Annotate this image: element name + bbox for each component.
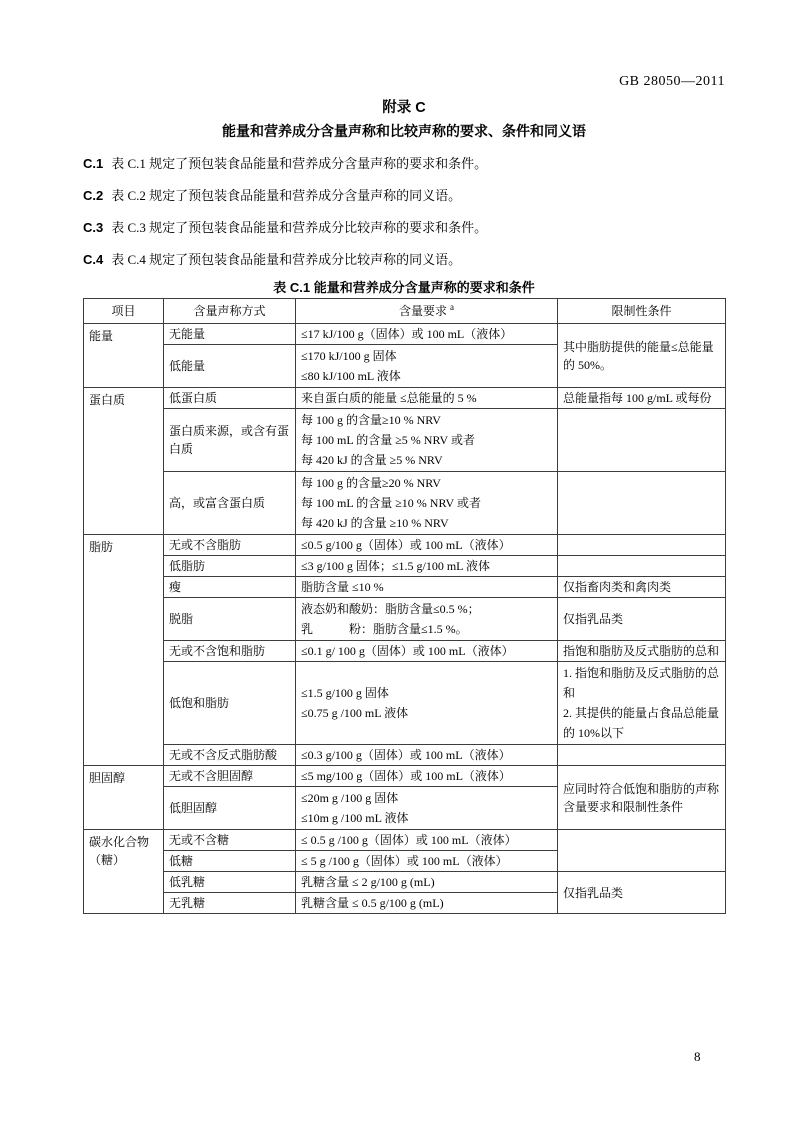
table-cell: 无或不含糖 <box>164 830 296 851</box>
table-cell: ≤1.5 g/100 g 固体≤0.75 g /100 mL 液体 <box>296 662 558 745</box>
cell-line: ≤80 kJ/100 mL 液体 <box>301 366 552 386</box>
table-cell: 总能量指每 100 g/mL 或每份 <box>558 388 726 409</box>
table-cell: 低脂肪 <box>164 556 296 577</box>
cell-line: ≤170 kJ/100 g 固体 <box>301 346 552 366</box>
table-cell: 低乳糖 <box>164 872 296 893</box>
table-cell: 低蛋白质 <box>164 388 296 409</box>
cell-line: 每 420 kJ 的含量 ≥5 % NRV <box>301 450 552 470</box>
document-page: GB 28050—2011 附录 C 能量和营养成分含量声称和比较声称的要求、条… <box>0 0 794 1123</box>
table-cell: 1. 指饱和脂肪及反式脂肪的总和2. 其提供的能量占食品总能量的 10%以下 <box>558 662 726 745</box>
table-cell: 乳糖含量 ≤ 2 g/100 g (mL) <box>296 872 558 893</box>
paragraph-c1: C.1表 C.1 规定了预包装食品能量和营养成分含量声称的要求和条件。 <box>83 155 725 172</box>
table-cell: 无或不含胆固醇 <box>164 766 296 787</box>
paragraph-c4: C.4表 C.4 规定了预包装食品能量和营养成分比较声称的同义语。 <box>83 251 725 268</box>
table-cell: ≤0.3 g/100 g（固体）或 100 mL（液体） <box>296 745 558 766</box>
table-cell: 能量 <box>84 324 164 388</box>
table-row: 脱脂液态奶和酸奶：脂肪含量≤0.5 %；乳 粉：脂肪含量≤1.5 %。仅指乳品类 <box>84 598 726 641</box>
cell-line: 2. 其提供的能量占食品总能量的 10%以下 <box>563 703 720 743</box>
table-row: 无或不含饱和脂肪≤0.1 g/ 100 g（固体）或 100 mL（液体）指饱和… <box>84 641 726 662</box>
paragraph-text: 表 C.2 规定了预包装食品能量和营养成分含量声称的同义语。 <box>111 188 461 203</box>
paragraph-text: 表 C.3 规定了预包装食品能量和营养成分比较声称的要求和条件。 <box>111 220 487 235</box>
standard-number: GB 28050—2011 <box>83 74 725 90</box>
header-content-requirement-label: 含量要求 <box>399 304 447 318</box>
table-row: 蛋白质来源，或含有蛋白质每 100 g 的含量≥10 % NRV每 100 mL… <box>84 409 726 472</box>
header-claim-type: 含量声称方式 <box>164 299 296 324</box>
table-cell: 脂肪含量 ≤10 % <box>296 577 558 598</box>
table-cell: 低胆固醇 <box>164 787 296 830</box>
cell-line: 每 100 g 的含量≥10 % NRV <box>301 410 552 430</box>
table-cell: 胆固醇 <box>84 766 164 830</box>
table-cell <box>558 472 726 535</box>
table-title: 表 C.1 能量和营养成分含量声称的要求和条件 <box>83 280 725 295</box>
table-cell: 脂肪 <box>84 535 164 766</box>
table-cell: ≤ 5 g /100 g（固体）或 100 mL（液体） <box>296 851 558 872</box>
table-cell: 仅指乳品类 <box>558 872 726 914</box>
table-cell: ≤170 kJ/100 g 固体≤80 kJ/100 mL 液体 <box>296 345 558 388</box>
cell-line: 乳 粉：脂肪含量≤1.5 %。 <box>301 619 552 639</box>
appendix-label: 附录 C <box>83 100 725 117</box>
table-header-row: 项目 含量声称方式 含量要求 a 限制性条件 <box>84 299 726 324</box>
table-cell: ≤3 g/100 g 固体；≤1.5 g/100 mL 液体 <box>296 556 558 577</box>
table-cell: 应同时符合低饱和脂肪的声称含量要求和限制性条件 <box>558 766 726 830</box>
table-head: 项目 含量声称方式 含量要求 a 限制性条件 <box>84 299 726 324</box>
cell-line: 每 100 mL 的含量 ≥5 % NRV 或者 <box>301 430 552 450</box>
cell-line: ≤1.5 g/100 g 固体 <box>301 683 552 703</box>
table-row: 高，或富含蛋白质每 100 g 的含量≥20 % NRV每 100 mL 的含量… <box>84 472 726 535</box>
table-row: 碳水化合物（糖）无或不含糖≤ 0.5 g /100 g（固体）或 100 mL（… <box>84 830 726 851</box>
table-cell: 液态奶和酸奶：脂肪含量≤0.5 %；乳 粉：脂肪含量≤1.5 %。 <box>296 598 558 641</box>
table-cell: 碳水化合物（糖） <box>84 830 164 914</box>
table-row: 瘦脂肪含量 ≤10 %仅指畜肉类和禽肉类 <box>84 577 726 598</box>
table-row: 胆固醇无或不含胆固醇≤5 mg/100 g（固体）或 100 mL（液体）应同时… <box>84 766 726 787</box>
table-cell: 蛋白质来源，或含有蛋白质 <box>164 409 296 472</box>
table-cell: 低糖 <box>164 851 296 872</box>
table-cell: 仅指乳品类 <box>558 598 726 641</box>
cell-line: ≤20m g /100 g 固体 <box>301 788 552 808</box>
table-cell: 仅指畜肉类和禽肉类 <box>558 577 726 598</box>
cell-line: 1. 指饱和脂肪及反式脂肪的总和 <box>563 663 720 703</box>
table-cell: ≤0.1 g/ 100 g（固体）或 100 mL（液体） <box>296 641 558 662</box>
table-row: 脂肪无或不含脂肪≤0.5 g/100 g（固体）或 100 mL（液体） <box>84 535 726 556</box>
table-cell: 无或不含饱和脂肪 <box>164 641 296 662</box>
page-number: 8 <box>694 1049 701 1064</box>
cell-line: 每 100 g 的含量≥20 % NRV <box>301 473 552 493</box>
paragraph-number: C.2 <box>83 188 103 203</box>
paragraph-text: 表 C.4 规定了预包装食品能量和营养成分比较声称的同义语。 <box>111 252 461 267</box>
table-cell: 低饱和脂肪 <box>164 662 296 745</box>
table-cell: 无乳糖 <box>164 893 296 914</box>
table-cell: ≤17 kJ/100 g（固体）或 100 mL（液体） <box>296 324 558 345</box>
table-cell: ≤0.5 g/100 g（固体）或 100 mL（液体） <box>296 535 558 556</box>
table-cell: 无或不含反式脂肪酸 <box>164 745 296 766</box>
header-item: 项目 <box>84 299 164 324</box>
table-cell: 其中脂肪提供的能量≤总能量的 50%。 <box>558 324 726 388</box>
header-content-requirement: 含量要求 a <box>296 299 558 324</box>
table-body: 能量无能量≤17 kJ/100 g（固体）或 100 mL（液体）其中脂肪提供的… <box>84 324 726 914</box>
table-cell: 瘦 <box>164 577 296 598</box>
table-cell: 指饱和脂肪及反式脂肪的总和 <box>558 641 726 662</box>
table-cell <box>558 409 726 472</box>
paragraph-c2: C.2表 C.2 规定了预包装食品能量和营养成分含量声称的同义语。 <box>83 187 725 204</box>
table-cell: 蛋白质 <box>84 388 164 535</box>
table-cell: 高，或富含蛋白质 <box>164 472 296 535</box>
cell-line: 液态奶和酸奶：脂肪含量≤0.5 %； <box>301 599 552 619</box>
footnote-marker: a <box>450 302 454 312</box>
table-row: 低饱和脂肪≤1.5 g/100 g 固体≤0.75 g /100 mL 液体1.… <box>84 662 726 745</box>
table-cell: 每 100 g 的含量≥20 % NRV每 100 mL 的含量 ≥10 % N… <box>296 472 558 535</box>
table-cell <box>558 745 726 766</box>
table-cell <box>558 556 726 577</box>
table-cell: 脱脂 <box>164 598 296 641</box>
table-cell: 每 100 g 的含量≥10 % NRV每 100 mL 的含量 ≥5 % NR… <box>296 409 558 472</box>
table-cell: 无能量 <box>164 324 296 345</box>
table-cell: ≤20m g /100 g 固体≤10m g /100 mL 液体 <box>296 787 558 830</box>
header-restrictive-condition: 限制性条件 <box>558 299 726 324</box>
paragraph-text: 表 C.1 规定了预包装食品能量和营养成分含量声称的要求和条件。 <box>111 156 487 171</box>
table-cell: 低能量 <box>164 345 296 388</box>
table-row: 低乳糖乳糖含量 ≤ 2 g/100 g (mL)仅指乳品类 <box>84 872 726 893</box>
table-cell: ≤ 0.5 g /100 g（固体）或 100 mL（液体） <box>296 830 558 851</box>
table-row: 蛋白质低蛋白质来自蛋白质的能量 ≤总能量的 5 %总能量指每 100 g/mL … <box>84 388 726 409</box>
table-cell: ≤5 mg/100 g（固体）或 100 mL（液体） <box>296 766 558 787</box>
claims-table: 项目 含量声称方式 含量要求 a 限制性条件 能量无能量≤17 kJ/100 g… <box>83 298 726 914</box>
appendix-title: 能量和营养成分含量声称和比较声称的要求、条件和同义语 <box>83 123 725 140</box>
table-row: 能量无能量≤17 kJ/100 g（固体）或 100 mL（液体）其中脂肪提供的… <box>84 324 726 345</box>
cell-line: ≤0.75 g /100 mL 液体 <box>301 703 552 723</box>
table-row: 无或不含反式脂肪酸≤0.3 g/100 g（固体）或 100 mL（液体） <box>84 745 726 766</box>
table-cell <box>558 830 726 872</box>
cell-line: 每 420 kJ 的含量 ≥10 % NRV <box>301 513 552 533</box>
paragraph-number: C.4 <box>83 252 103 267</box>
table-cell <box>558 535 726 556</box>
table-row: 低脂肪≤3 g/100 g 固体；≤1.5 g/100 mL 液体 <box>84 556 726 577</box>
table-cell: 无或不含脂肪 <box>164 535 296 556</box>
paragraph-number: C.1 <box>83 156 103 171</box>
cell-line: 每 100 mL 的含量 ≥10 % NRV 或者 <box>301 493 552 513</box>
cell-line: ≤10m g /100 mL 液体 <box>301 808 552 828</box>
paragraph-number: C.3 <box>83 220 103 235</box>
table-cell: 乳糖含量 ≤ 0.5 g/100 g (mL) <box>296 893 558 914</box>
page-content: GB 28050—2011 附录 C 能量和营养成分含量声称和比较声称的要求、条… <box>83 74 725 914</box>
paragraph-c3: C.3表 C.3 规定了预包装食品能量和营养成分比较声称的要求和条件。 <box>83 219 725 236</box>
table-cell: 来自蛋白质的能量 ≤总能量的 5 % <box>296 388 558 409</box>
